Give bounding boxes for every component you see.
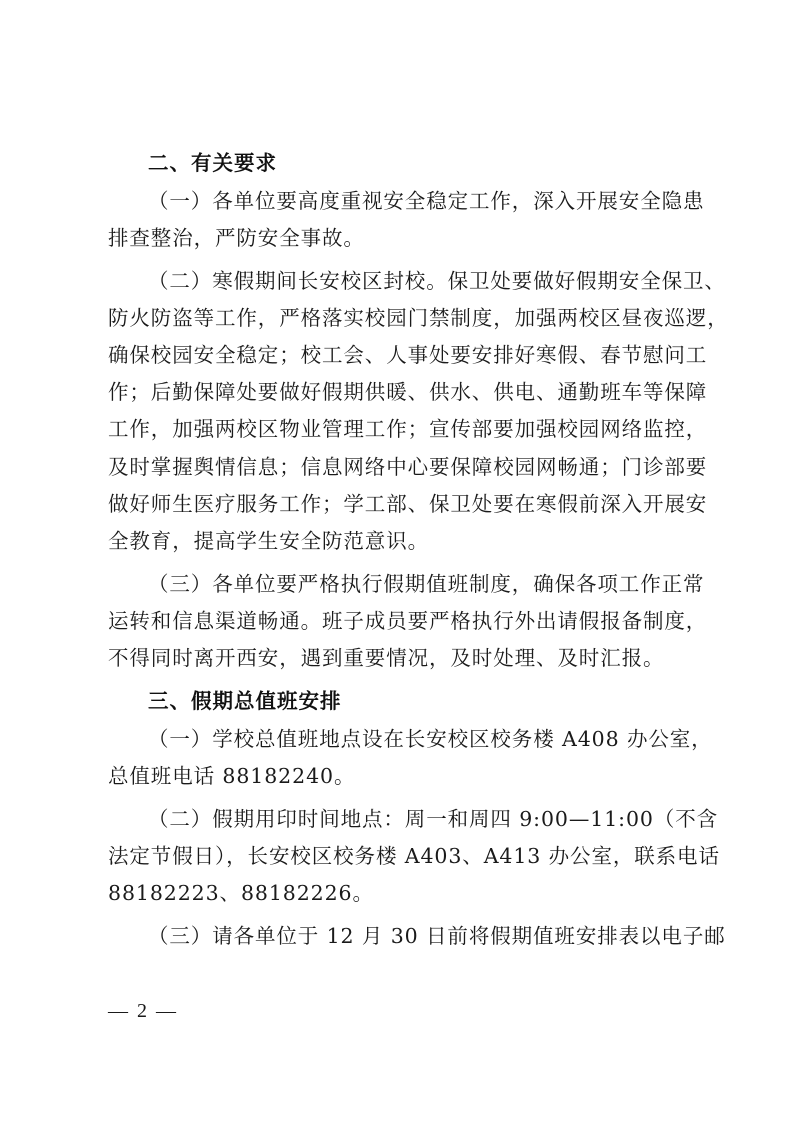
paragraph-line: 确保校园安全稳定；校工会、人事处要安排好寒假、春节慰问工: [108, 340, 693, 370]
paragraph-line: 88182223、88182226。: [108, 878, 693, 908]
page-number: — 2 —: [108, 1000, 178, 1023]
paragraph-line: 做好师生医疗服务工作；学工部、保卫处要在寒假前深入开展安: [108, 489, 693, 519]
section-heading-requirements: 二、有关要求: [148, 148, 277, 178]
paragraph-line: （二）寒假期间长安校区封校。保卫处要做好假期安全保卫、: [148, 266, 693, 296]
paragraph-line: 防火防盗等工作，严格落实校园门禁制度，加强两校区昼夜巡逻，: [108, 303, 693, 333]
paragraph-line: 运转和信息渠道畅通。班子成员要严格执行外出请假报备制度，: [108, 606, 693, 636]
paragraph-line: （一）各单位要高度重视安全稳定工作，深入开展安全隐患: [148, 186, 693, 216]
paragraph-line: 及时掌握舆情信息；信息网络中心要保障校园网畅通；门诊部要: [108, 452, 693, 482]
paragraph-line: 排查整治，严防安全事故。: [108, 223, 693, 253]
paragraph-line: （三）请各单位于 12 月 30 日前将假期值班安排表以电子邮: [148, 921, 693, 951]
paragraph-line: 作；后勤保障处要做好假期供暖、供水、供电、通勤班车等保障: [108, 377, 693, 407]
paragraph-line: 工作，加强两校区物业管理工作；宣传部要加强校园网络监控，: [108, 414, 693, 444]
section-heading-duty-schedule: 三、假期总值班安排: [148, 686, 342, 716]
paragraph-line: （二）假期用印时间地点：周一和周四 9:00—11:00（不含: [148, 804, 693, 834]
paragraph-line: 不得同时离开西安，遇到重要情况，及时处理、及时汇报。: [108, 643, 693, 673]
paragraph-line: （三）各单位要严格执行假期值班制度，确保各项工作正常: [148, 569, 693, 599]
paragraph-line: 总值班电话 88182240。: [108, 761, 693, 791]
paragraph-line: 法定节假日），长安校区校务楼 A403、A413 办公室，联系电话: [108, 841, 693, 871]
paragraph-line: （一）学校总值班地点设在长安校区校务楼 A408 办公室，: [148, 724, 693, 754]
document-page: 二、有关要求 （一）各单位要高度重视安全稳定工作，深入开展安全隐患 排查整治，严…: [0, 0, 793, 1122]
paragraph-line: 全教育，提高学生安全防范意识。: [108, 526, 693, 556]
